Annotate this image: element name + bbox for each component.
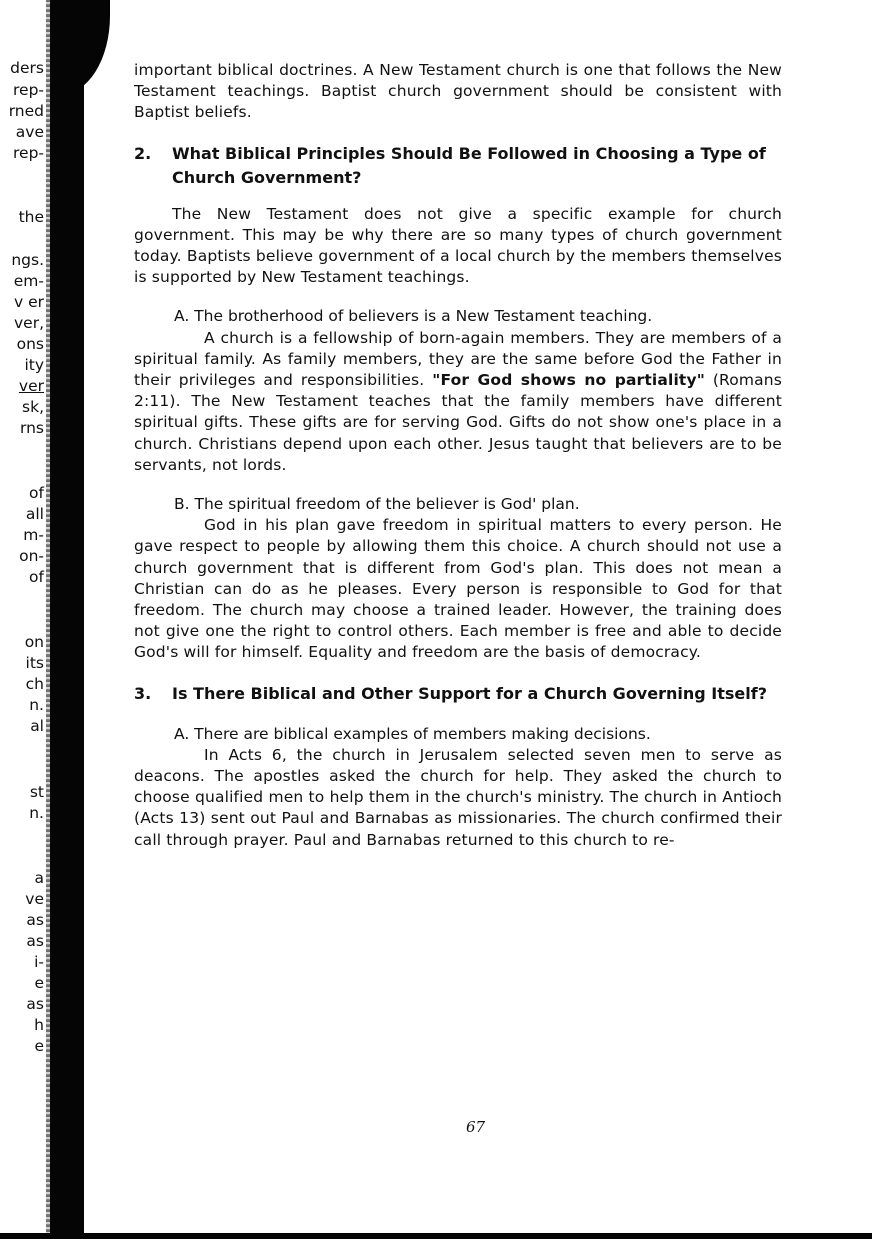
- facing-page-fragment: em-: [14, 271, 44, 291]
- section-2a-heading: A. The brotherhood of believers is a New…: [134, 306, 782, 327]
- facing-page-fragment: st: [30, 782, 44, 802]
- book-gutter-curve: [60, 0, 110, 95]
- scripture-quote: "For God shows no partiality": [432, 371, 705, 389]
- facing-page-fragment: n.: [29, 803, 44, 823]
- facing-page-fragment: ders: [10, 58, 44, 78]
- facing-page-fragment: ngs.: [11, 250, 44, 270]
- facing-page-fragment: of: [29, 483, 44, 503]
- facing-page-fragment: n.: [29, 695, 44, 715]
- facing-page-fragment: ons: [17, 334, 44, 354]
- section-2b-paragraph: God in his plan gave freedom in spiritua…: [134, 515, 782, 663]
- facing-page-fragment: its: [26, 653, 44, 673]
- facing-page-fragment: ver: [19, 376, 44, 396]
- facing-page-fragment: e: [34, 1036, 44, 1056]
- facing-page-fragment: rns: [20, 418, 44, 438]
- facing-page-fragment: h: [34, 1015, 44, 1035]
- facing-page-fragment: ch: [26, 674, 44, 694]
- section-3-heading: 3.Is There Biblical and Other Support fo…: [134, 682, 782, 706]
- section-2a-paragraph: A church is a fellowship of born-again m…: [134, 328, 782, 476]
- facing-page-fragment: of: [29, 567, 44, 587]
- facing-page-fragment: as: [26, 910, 44, 930]
- facing-page-fragment: m-: [23, 525, 44, 545]
- book-gutter-shadow: [50, 0, 84, 1239]
- facing-page-fragment: on-: [19, 546, 44, 566]
- facing-page-fragment: rep-: [13, 80, 44, 100]
- facing-page-fragment: ver,: [14, 313, 44, 333]
- facing-page-fragment: sk,: [22, 397, 44, 417]
- facing-page-fragment: ve: [25, 889, 44, 909]
- facing-page-fragment: i-: [34, 952, 44, 972]
- facing-page-fragment: rned: [9, 101, 44, 121]
- facing-page-fragment: al: [30, 716, 44, 736]
- facing-page-fragment: as: [26, 994, 44, 1014]
- facing-page-fragment: the: [19, 207, 44, 227]
- intro-paragraph: important biblical doctrines. A New Test…: [134, 60, 782, 124]
- facing-page-fragment: rep-: [13, 143, 44, 163]
- section-3a-heading: A. There are biblical examples of member…: [134, 724, 782, 745]
- section-3-title: Is There Biblical and Other Support for …: [172, 684, 767, 703]
- section-2-number: 2.: [134, 142, 172, 166]
- facing-page-fragment: ity: [24, 355, 44, 375]
- facing-page-sliver: dersrep-rnedaverep-thengs.em-v erver,ons…: [0, 0, 48, 1239]
- facing-page-fragment: as: [26, 931, 44, 951]
- section-3-number: 3.: [134, 682, 172, 706]
- section-2b-heading: B. The spiritual freedom of the believer…: [134, 494, 782, 515]
- section-3a-paragraph: In Acts 6, the church in Jerusalem selec…: [134, 745, 782, 851]
- facing-page-fragment: all: [26, 504, 44, 524]
- section-2-paragraph: The New Testament does not give a specif…: [134, 204, 782, 289]
- scan-bottom-edge: [0, 1233, 872, 1239]
- section-2-heading: 2.What Biblical Principles Should Be Fol…: [134, 142, 782, 190]
- facing-page-fragment: v er: [14, 292, 44, 312]
- section-2-title: What Biblical Principles Should Be Follo…: [172, 144, 766, 187]
- page-number: 67: [466, 1118, 485, 1136]
- facing-page-fragment: ave: [16, 122, 44, 142]
- facing-page-fragment: on: [25, 632, 44, 652]
- facing-page-fragment: e: [34, 973, 44, 993]
- facing-page-fragment: a: [35, 868, 45, 888]
- page-body: important biblical doctrines. A New Test…: [134, 60, 782, 851]
